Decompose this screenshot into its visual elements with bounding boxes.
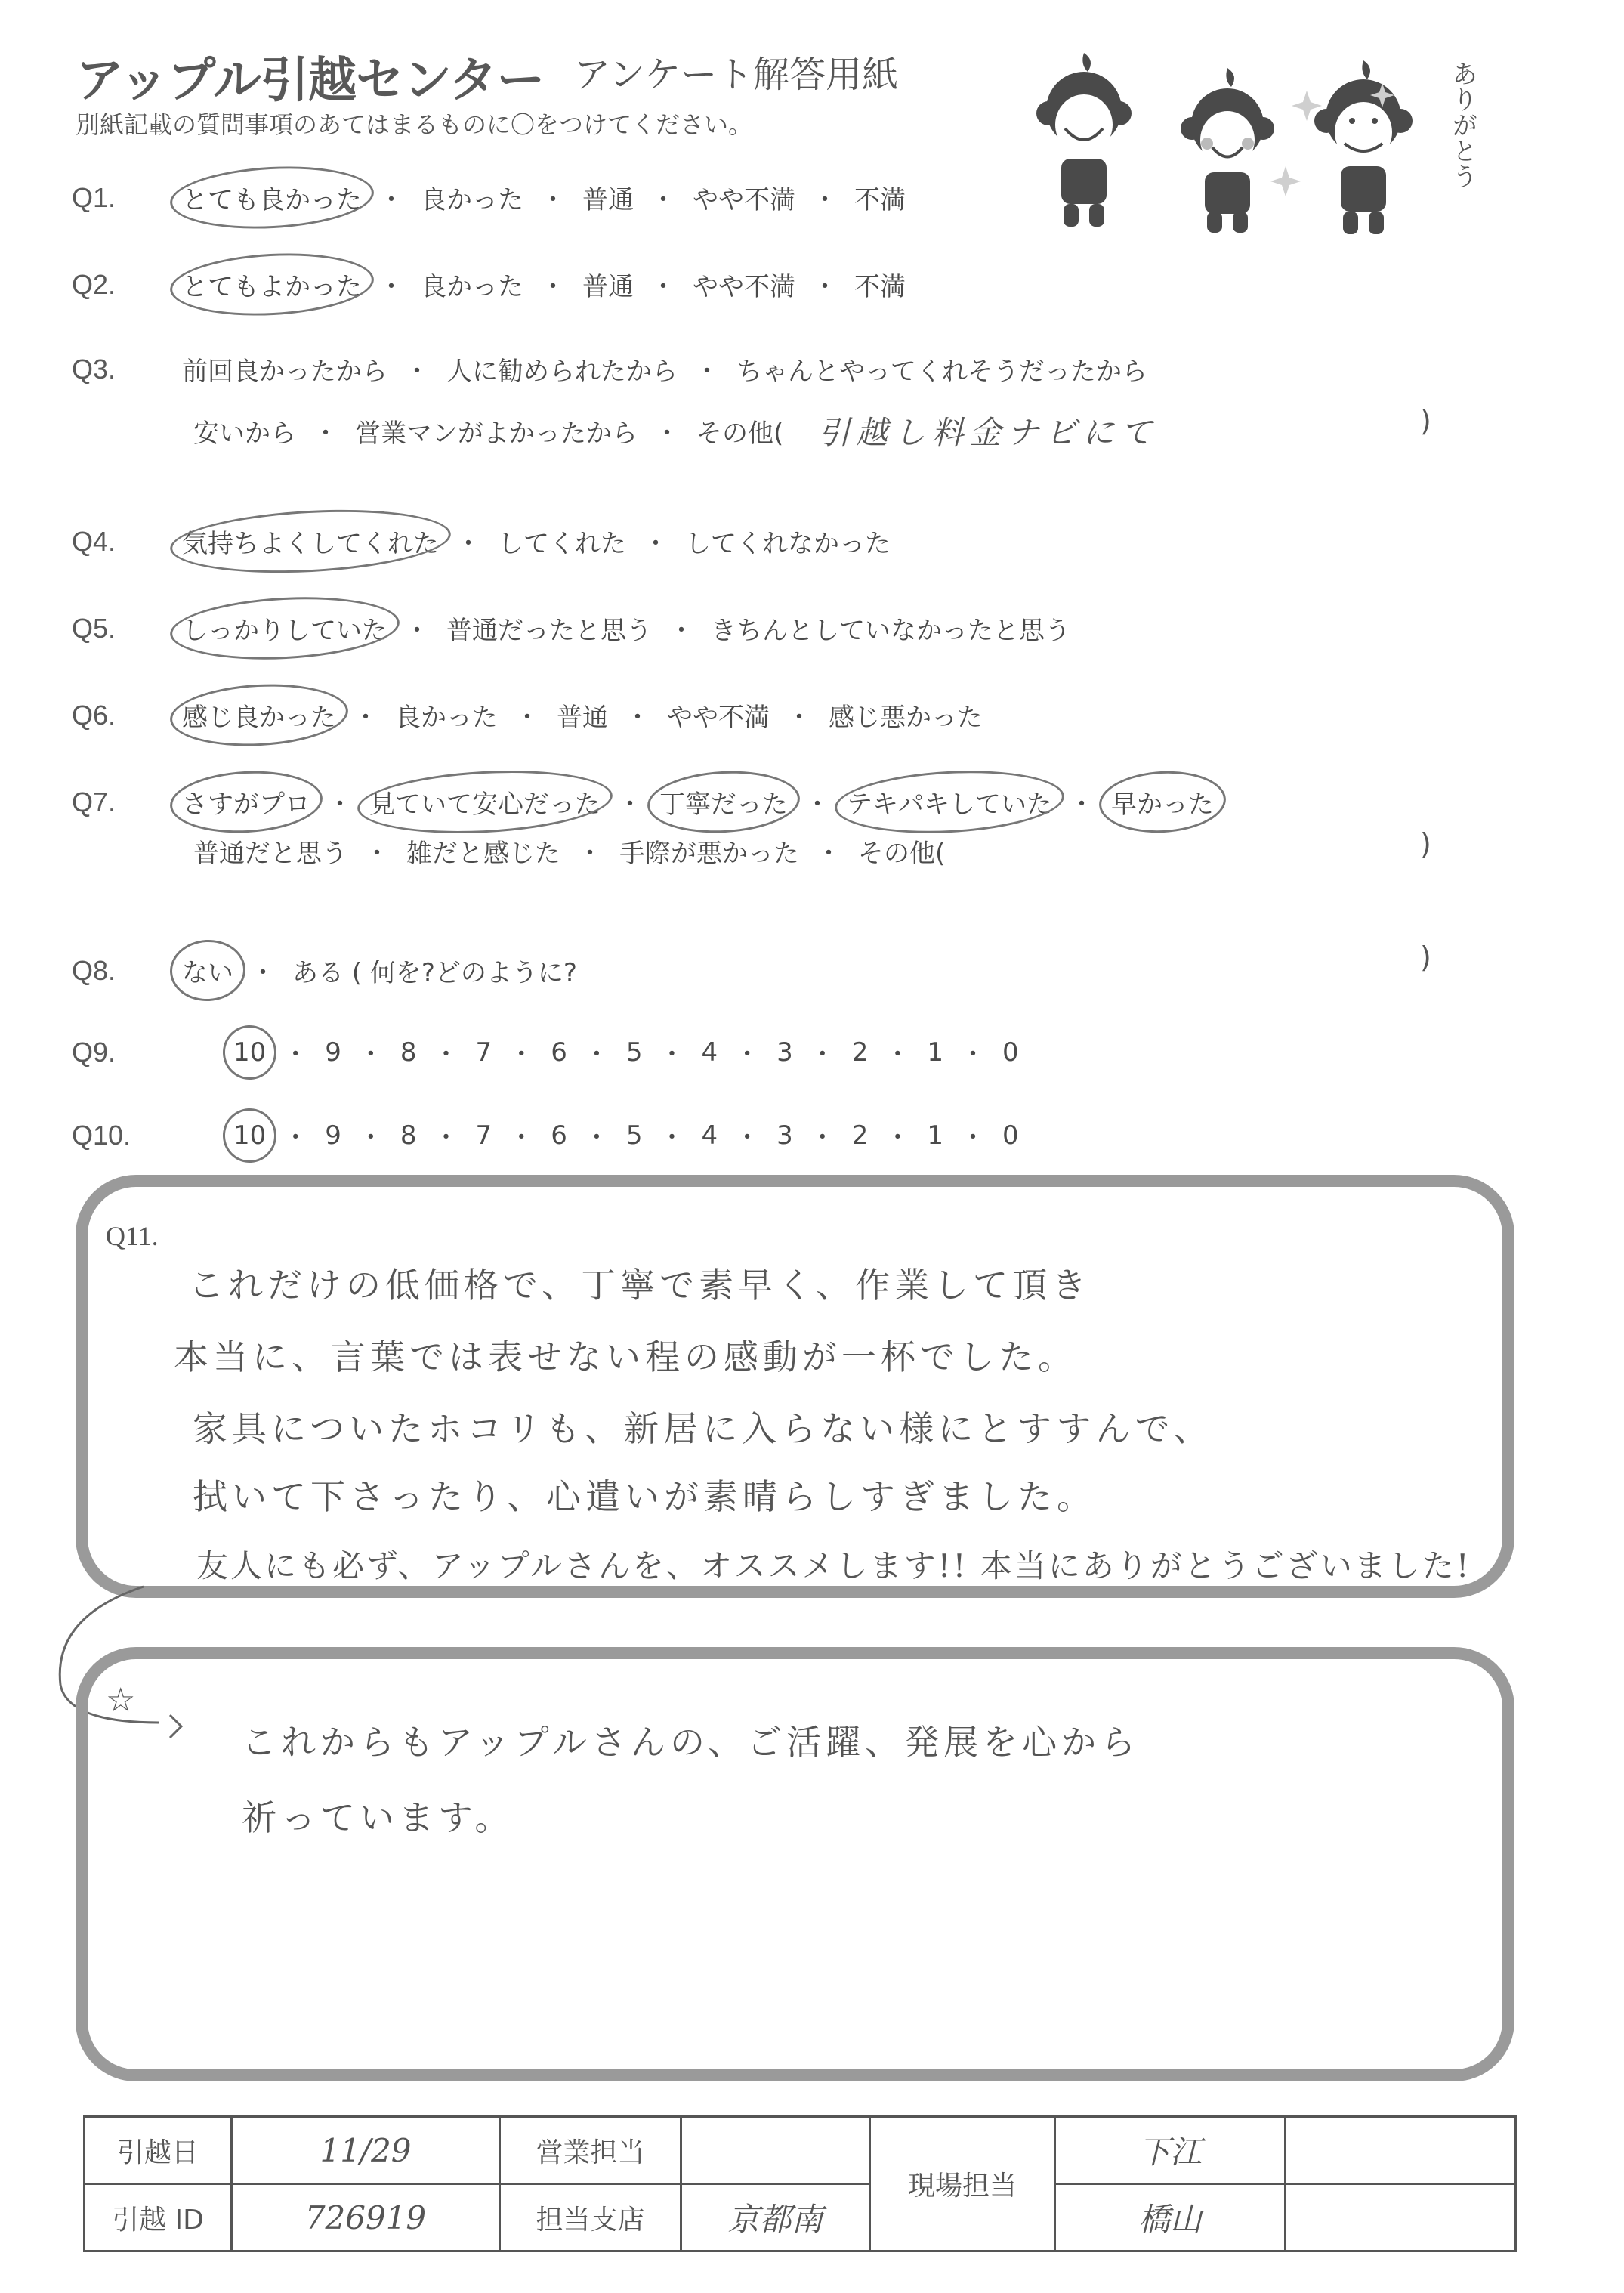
option[interactable]: してくれた bbox=[493, 521, 631, 561]
option-selected[interactable]: ない bbox=[178, 950, 238, 990]
option-selected[interactable]: 見ていて安心だった bbox=[365, 782, 605, 822]
option-selected[interactable]: 感じ良かった bbox=[178, 695, 341, 735]
question-q2: Q2. とてもよかった・ 良かった・ 普通・ やや不満・ 不満 bbox=[72, 264, 910, 304]
option[interactable]: 普通だったと思う bbox=[442, 608, 656, 648]
option[interactable]: ちゃんとやってくれそうだったから bbox=[732, 349, 1152, 389]
question-q5: Q5. しっかりしていた・ 普通だったと思う・ きちんとしていなかったと思う bbox=[72, 608, 1075, 648]
score-option[interactable]: 4 bbox=[698, 1036, 721, 1069]
option[interactable]: 普通だと思う bbox=[189, 831, 352, 871]
question-q3-line2: 安いから・ 営業マンがよかったから・ その他( 引越し料金ナビにて bbox=[189, 408, 1158, 453]
question-label: Q9. bbox=[72, 1037, 230, 1068]
option[interactable]: 普通 bbox=[578, 264, 638, 304]
score-option[interactable]: 1 bbox=[924, 1036, 946, 1069]
comment-line: これからもアップルさんの、ご活躍、発展を心から bbox=[242, 1715, 1140, 1765]
score-option[interactable]: 7 bbox=[473, 1119, 496, 1152]
extra-value-2[interactable] bbox=[1286, 2184, 1516, 2251]
option-selected[interactable]: 早かった bbox=[1107, 782, 1218, 822]
score-option[interactable]: 4 bbox=[698, 1119, 721, 1152]
score-option[interactable]: 2 bbox=[849, 1036, 872, 1069]
score-option[interactable]: 5 bbox=[623, 1036, 646, 1069]
q11-label: Q11. bbox=[106, 1220, 159, 1252]
mascot-illustration: ありがとう bbox=[1020, 45, 1488, 234]
move-date-label: 引越日 bbox=[85, 2117, 232, 2184]
comment-line: 本当に、言葉では表せない程の感動が一杯でした。 bbox=[174, 1330, 1077, 1380]
question-label: Q1. bbox=[72, 182, 178, 214]
option[interactable]: 不満 bbox=[850, 264, 910, 304]
score-option[interactable]: 5 bbox=[623, 1119, 646, 1152]
close-paren: ) bbox=[1420, 404, 1431, 437]
option[interactable]: 良かった bbox=[416, 178, 528, 218]
monkey-mascot-icon bbox=[1314, 60, 1413, 234]
score-option[interactable]: 3 bbox=[773, 1036, 796, 1069]
option-selected[interactable]: とてもよかった bbox=[178, 264, 366, 304]
option[interactable]: 良かった bbox=[391, 695, 502, 735]
question-label: Q10. bbox=[72, 1120, 230, 1151]
option-selected[interactable]: さすがプロ bbox=[178, 782, 315, 822]
option-selected[interactable]: 丁寧だった bbox=[655, 782, 792, 822]
score-option[interactable]: 1 bbox=[924, 1119, 946, 1152]
move-id-value[interactable]: 726919 bbox=[232, 2184, 500, 2251]
question-label: Q6. bbox=[72, 700, 178, 731]
option[interactable]: 不満 bbox=[850, 178, 910, 218]
option[interactable]: してくれなかった bbox=[681, 521, 895, 561]
question-label: Q7. bbox=[72, 786, 178, 818]
thank-you-caption: ありがとう bbox=[1446, 60, 1477, 189]
monkey-mascot-icon bbox=[1036, 53, 1132, 227]
question-label: Q4. bbox=[72, 526, 178, 558]
score-option[interactable]: 0 bbox=[999, 1036, 1022, 1069]
score-option[interactable]: 3 bbox=[773, 1119, 796, 1152]
option-selected[interactable]: しっかりしていた bbox=[178, 608, 392, 648]
instruction-text: 別紙記載の質問事項のあてはまるものに〇をつけてください。 bbox=[76, 106, 752, 141]
question-q1: Q1. とても良かった・ 良かった・ 普通・ やや不満・ 不満 bbox=[72, 178, 910, 218]
option[interactable]: 前回良かったから bbox=[178, 349, 392, 389]
option-selected[interactable]: テキパキしていた bbox=[842, 782, 1057, 822]
score-option-selected[interactable]: 10 bbox=[230, 1036, 269, 1069]
close-paren: ) bbox=[1420, 827, 1431, 861]
option-other[interactable]: その他( bbox=[854, 831, 949, 871]
move-date-value[interactable]: 11/29 bbox=[232, 2117, 500, 2184]
sales-rep-label: 営業担当 bbox=[500, 2117, 681, 2184]
other-answer-text[interactable]: 引越し料金ナビにて bbox=[818, 408, 1158, 453]
comment-line: これだけの低価格で、丁寧で素早く、作業して頂き bbox=[189, 1258, 1091, 1308]
q11-comment-box[interactable] bbox=[76, 1175, 1514, 1598]
close-paren: ) bbox=[1420, 941, 1431, 974]
branch-label: 担当支店 bbox=[500, 2184, 681, 2251]
score-option[interactable]: 8 bbox=[397, 1036, 420, 1069]
score-option[interactable]: 6 bbox=[548, 1036, 570, 1069]
option[interactable]: やや不満 bbox=[688, 178, 800, 218]
comment-line: 友人にも必ず、アップルさんを、オススメします!! 本当にありがとうございました! bbox=[196, 1541, 1471, 1587]
question-label: Q2. bbox=[72, 269, 178, 301]
comment-line: 拭いて下さったり、心遣いが素晴らしすぎました。 bbox=[193, 1469, 1096, 1519]
move-info-table: 引越日 11/29 営業担当 現場担当 下江 引越 ID 726919 担当支店… bbox=[83, 2115, 1517, 2252]
score-option[interactable]: 9 bbox=[322, 1036, 344, 1069]
option[interactable]: 普通 bbox=[578, 178, 638, 218]
option-selected[interactable]: とても良かった bbox=[178, 178, 366, 218]
sales-rep-value[interactable] bbox=[681, 2117, 870, 2184]
option[interactable]: やや不満 bbox=[688, 264, 800, 304]
site-rep-value-1[interactable]: 下江 bbox=[1055, 2117, 1286, 2184]
question-label: Q8. bbox=[72, 955, 178, 987]
question-q4: Q4. 気持ちよくしてくれた・ してくれた・ してくれなかった bbox=[72, 521, 895, 561]
option[interactable]: 手際が悪かった bbox=[615, 831, 804, 871]
extra-value-1[interactable] bbox=[1286, 2117, 1516, 2184]
brand-title: アップル引越センター bbox=[76, 42, 544, 111]
star-comment-box[interactable] bbox=[76, 1647, 1514, 2081]
question-q6: Q6. 感じ良かった・ 良かった・ 普通・ やや不満・ 感じ悪かった bbox=[72, 695, 987, 735]
question-q10: Q10. 10・ 9・ 8・ 7・ 6・ 5・ 4・ 3・ 2・ 1・ 0 bbox=[72, 1117, 1022, 1154]
score-option[interactable]: 6 bbox=[548, 1119, 570, 1152]
score-option[interactable]: 9 bbox=[322, 1119, 344, 1152]
monkey-mascot-icon bbox=[1181, 68, 1274, 233]
question-q7: Q7. さすがプロ・ 見ていて安心だった・ 丁寧だった・ テキパキしていた・ 早… bbox=[72, 782, 1218, 822]
score-option-selected[interactable]: 10 bbox=[230, 1119, 269, 1152]
site-rep-label: 現場担当 bbox=[870, 2117, 1055, 2251]
question-q3: Q3. 前回良かったから・ 人に勧められたから・ ちゃんとやってくれそうだったか… bbox=[72, 349, 1152, 389]
option[interactable]: 普通 bbox=[552, 695, 613, 735]
option-other[interactable]: その他( bbox=[692, 411, 788, 451]
question-q9: Q9. 10・ 9・ 8・ 7・ 6・ 5・ 4・ 3・ 2・ 1・ 0 bbox=[72, 1034, 1022, 1071]
form-subtitle: アンケート解答用紙 bbox=[574, 45, 898, 97]
option[interactable]: 感じ悪かった bbox=[824, 695, 987, 735]
option[interactable]: ある ( 何を?どのように? bbox=[288, 950, 582, 990]
option[interactable]: やや不満 bbox=[662, 695, 774, 735]
comment-line: 家具についたホコリも、新居に入らない様にとすすんで、 bbox=[193, 1401, 1213, 1451]
option[interactable]: 営業マンがよかったから bbox=[350, 411, 642, 451]
move-id-label: 引越 ID bbox=[85, 2184, 232, 2251]
score-option[interactable]: 7 bbox=[473, 1036, 496, 1069]
question-q8: Q8. ない・ ある ( 何を?どのように? bbox=[72, 950, 582, 990]
option-selected[interactable]: 気持ちよくしてくれた bbox=[178, 521, 443, 561]
branch-value[interactable]: 京都南 bbox=[681, 2184, 870, 2251]
star-icon: ☆ bbox=[106, 1681, 135, 1720]
option[interactable]: 人に勧められたから bbox=[442, 349, 682, 389]
score-option[interactable]: 2 bbox=[849, 1119, 872, 1152]
score-option[interactable]: 8 bbox=[397, 1119, 420, 1152]
option[interactable]: 安いから bbox=[189, 411, 301, 451]
comment-line: 祈っています。 bbox=[242, 1791, 514, 1840]
score-option[interactable]: 0 bbox=[999, 1119, 1022, 1152]
site-rep-value-2[interactable]: 橋山 bbox=[1055, 2184, 1286, 2251]
option[interactable]: きちんとしていなかったと思う bbox=[706, 608, 1075, 648]
option[interactable]: 良かった bbox=[416, 264, 528, 304]
sparkle-icon bbox=[1270, 166, 1301, 196]
question-q7-line2: 普通だと思う・ 雑だと感じた・ 手際が悪かった・ その他( bbox=[189, 831, 949, 871]
question-label: Q5. bbox=[72, 613, 178, 644]
question-label: Q3. bbox=[72, 354, 178, 385]
option[interactable]: 雑だと感じた bbox=[402, 831, 565, 871]
